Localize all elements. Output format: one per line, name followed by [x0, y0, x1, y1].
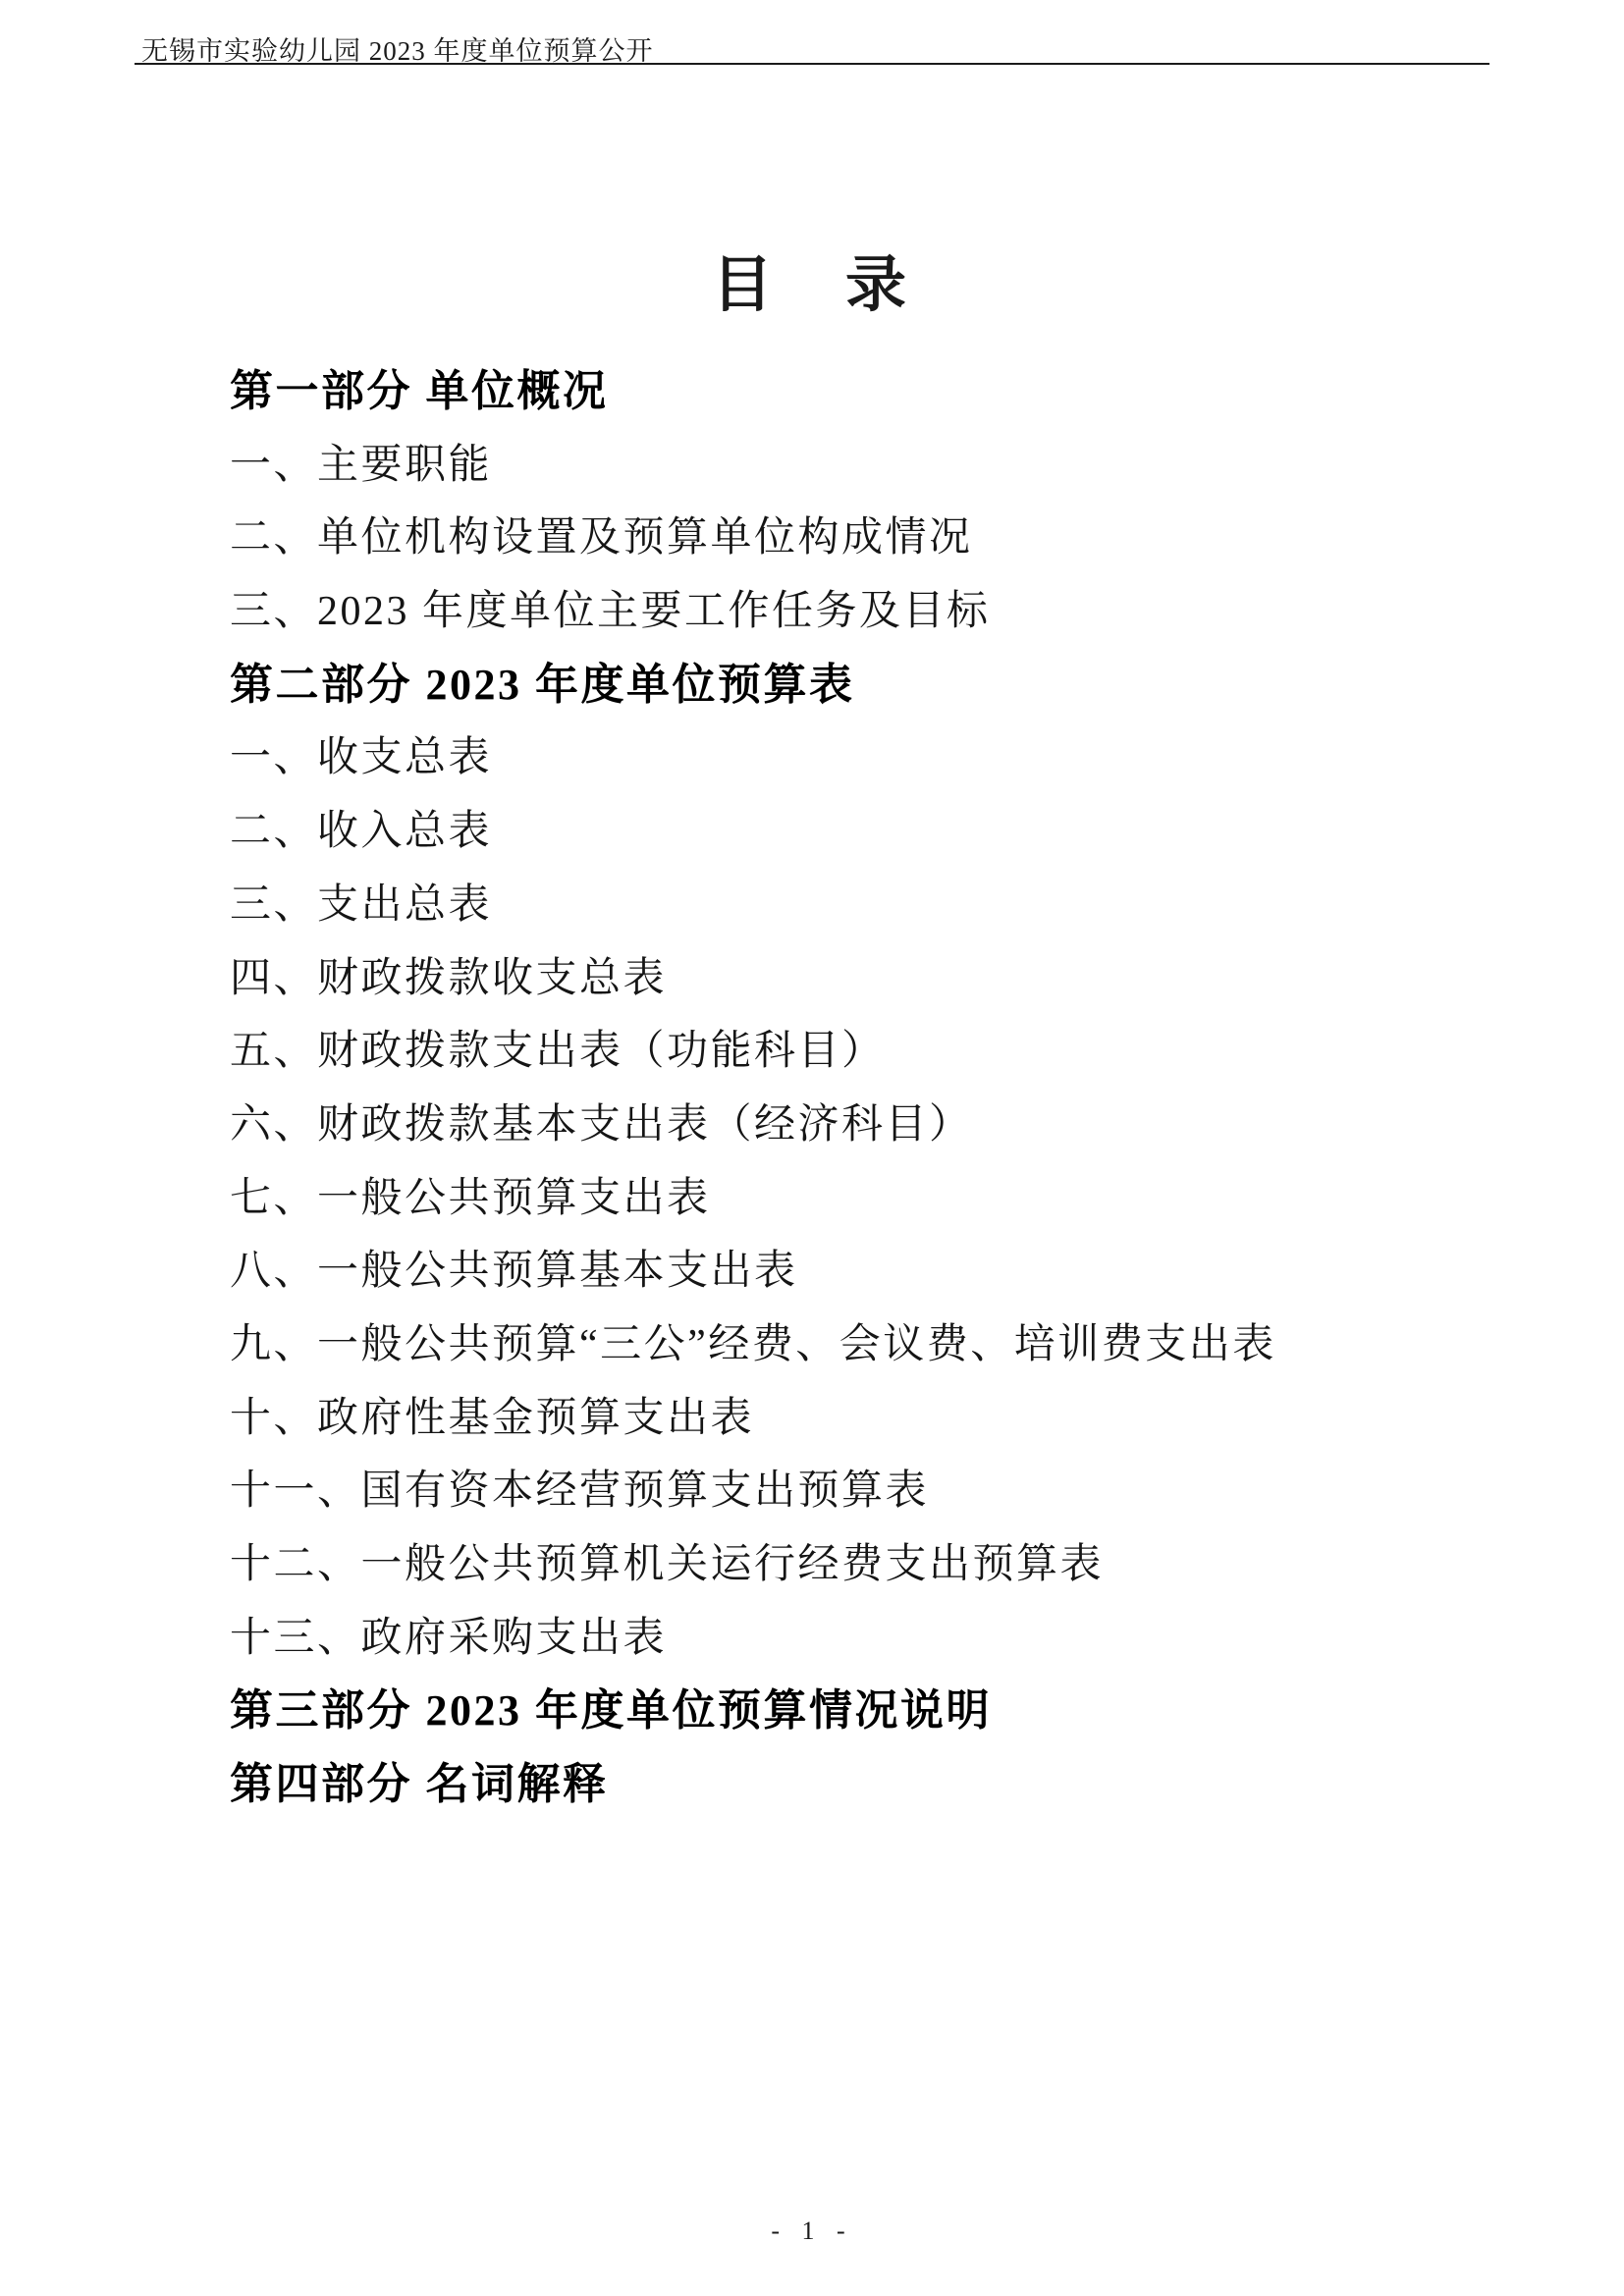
toc-item: 八、一般公共预算基本支出表 — [230, 1235, 1506, 1308]
toc-item: 二、单位机构设置及预算单位构成情况 — [230, 502, 1506, 575]
toc-item: 三、支出总表 — [230, 869, 1506, 942]
toc-item: 七、一般公共预算支出表 — [230, 1162, 1506, 1236]
toc-item: 一、收支总表 — [230, 721, 1506, 795]
toc-item: 六、财政拨款基本支出表（经济科目） — [230, 1089, 1506, 1162]
document-page: 无锡市实验幼儿园 2023 年度单位预算公开 目 录 第一部分 单位概况一、主要… — [0, 0, 1624, 2296]
toc-item: 五、财政拨款支出表（功能科目） — [230, 1015, 1506, 1089]
toc-item: 三、2023 年度单位主要工作任务及目标 — [230, 575, 1506, 649]
page-number: - 1 - — [0, 2216, 1624, 2246]
toc-item: 十、政府性基金预算支出表 — [230, 1382, 1506, 1456]
toc-item: 第四部分 名词解释 — [230, 1748, 1506, 1822]
toc-item: 九、一般公共预算“三公”经费、会议费、培训费支出表 — [230, 1308, 1506, 1382]
toc-item: 十二、一般公共预算机关运行经费支出预算表 — [230, 1528, 1506, 1602]
toc-item: 四、财政拨款收支总表 — [230, 942, 1506, 1016]
page-title: 目 录 — [0, 236, 1624, 323]
toc-item: 二、收入总表 — [230, 795, 1506, 869]
toc-item: 第三部分 2023 年度单位预算情况说明 — [230, 1675, 1506, 1748]
toc-item: 十一、国有资本经营预算支出预算表 — [230, 1455, 1506, 1528]
toc-item: 第一部分 单位概况 — [230, 355, 1506, 429]
toc-item: 第二部分 2023 年度单位预算表 — [230, 649, 1506, 722]
toc-item: 一、主要职能 — [230, 429, 1506, 503]
toc-list: 第一部分 单位概况一、主要职能二、单位机构设置及预算单位构成情况三、2023 年… — [230, 355, 1506, 1822]
header-divider-rule — [135, 63, 1489, 65]
toc-item: 十三、政府采购支出表 — [230, 1602, 1506, 1676]
